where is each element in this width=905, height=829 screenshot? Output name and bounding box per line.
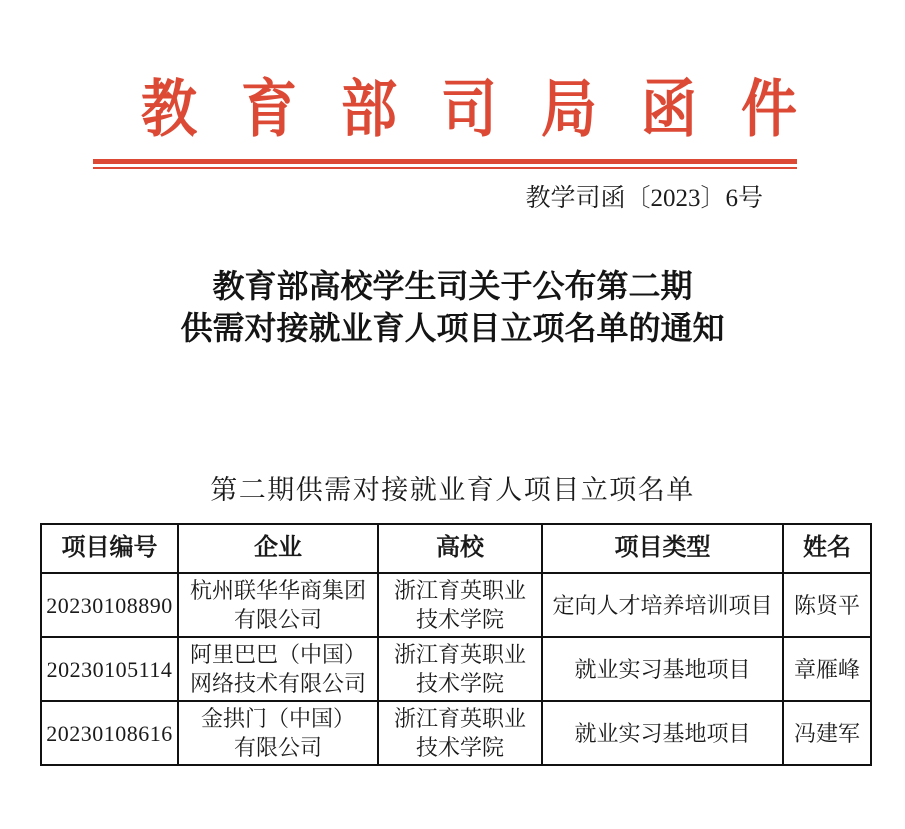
col-header-name: 姓名	[783, 524, 871, 573]
letterhead-rule-thick	[93, 159, 797, 164]
cell-name: 冯建军	[783, 701, 871, 765]
document-number: 教学司函〔2023〕6号	[525, 184, 763, 214]
cell-university: 浙江育英职业 技术学院	[378, 637, 542, 701]
letterhead-title: 教育部司局函件	[0, 79, 905, 142]
cell-project-type: 就业实习基地项目	[542, 701, 783, 765]
project-table: 项目编号 企业 高校 项目类型 姓名 20230108890 杭州联华华商集团 …	[40, 523, 872, 766]
cell-name: 陈贤平	[783, 573, 871, 637]
cell-company: 阿里巴巴（中国） 网络技术有限公司	[178, 637, 378, 701]
table-header-row: 项目编号 企业 高校 项目类型 姓名	[41, 524, 871, 573]
table-row: 20230105114 阿里巴巴（中国） 网络技术有限公司 浙江育英职业 技术学…	[41, 637, 871, 701]
table-row: 20230108890 杭州联华华商集团 有限公司 浙江育英职业 技术学院 定向…	[41, 573, 871, 637]
cell-company: 金拱门（中国） 有限公司	[178, 701, 378, 765]
cell-name: 章雁峰	[783, 637, 871, 701]
col-header-project-type: 项目类型	[542, 524, 783, 573]
notice-title-line2: 供需对接就业育人项目立项名单的通知	[0, 307, 905, 349]
col-header-project-id: 项目编号	[41, 524, 178, 573]
notice-title-line1: 教育部高校学生司关于公布第二期	[0, 265, 905, 307]
table-row: 20230108616 金拱门（中国） 有限公司 浙江育英职业 技术学院 就业实…	[41, 701, 871, 765]
table-caption: 第二期供需对接就业育人项目立项名单	[0, 472, 905, 508]
document-page: 教育部司局函件 教学司函〔2023〕6号 教育部高校学生司关于公布第二期 供需对…	[0, 0, 905, 829]
cell-company: 杭州联华华商集团 有限公司	[178, 573, 378, 637]
cell-project-id: 20230108616	[41, 701, 178, 765]
cell-project-id: 20230108890	[41, 573, 178, 637]
cell-university: 浙江育英职业 技术学院	[378, 573, 542, 637]
letterhead-rule-thin	[93, 167, 797, 169]
cell-project-type: 定向人才培养培训项目	[542, 573, 783, 637]
cell-project-type: 就业实习基地项目	[542, 637, 783, 701]
notice-title: 教育部高校学生司关于公布第二期 供需对接就业育人项目立项名单的通知	[0, 265, 905, 349]
cell-university: 浙江育英职业 技术学院	[378, 701, 542, 765]
col-header-university: 高校	[378, 524, 542, 573]
col-header-company: 企业	[178, 524, 378, 573]
cell-project-id: 20230105114	[41, 637, 178, 701]
